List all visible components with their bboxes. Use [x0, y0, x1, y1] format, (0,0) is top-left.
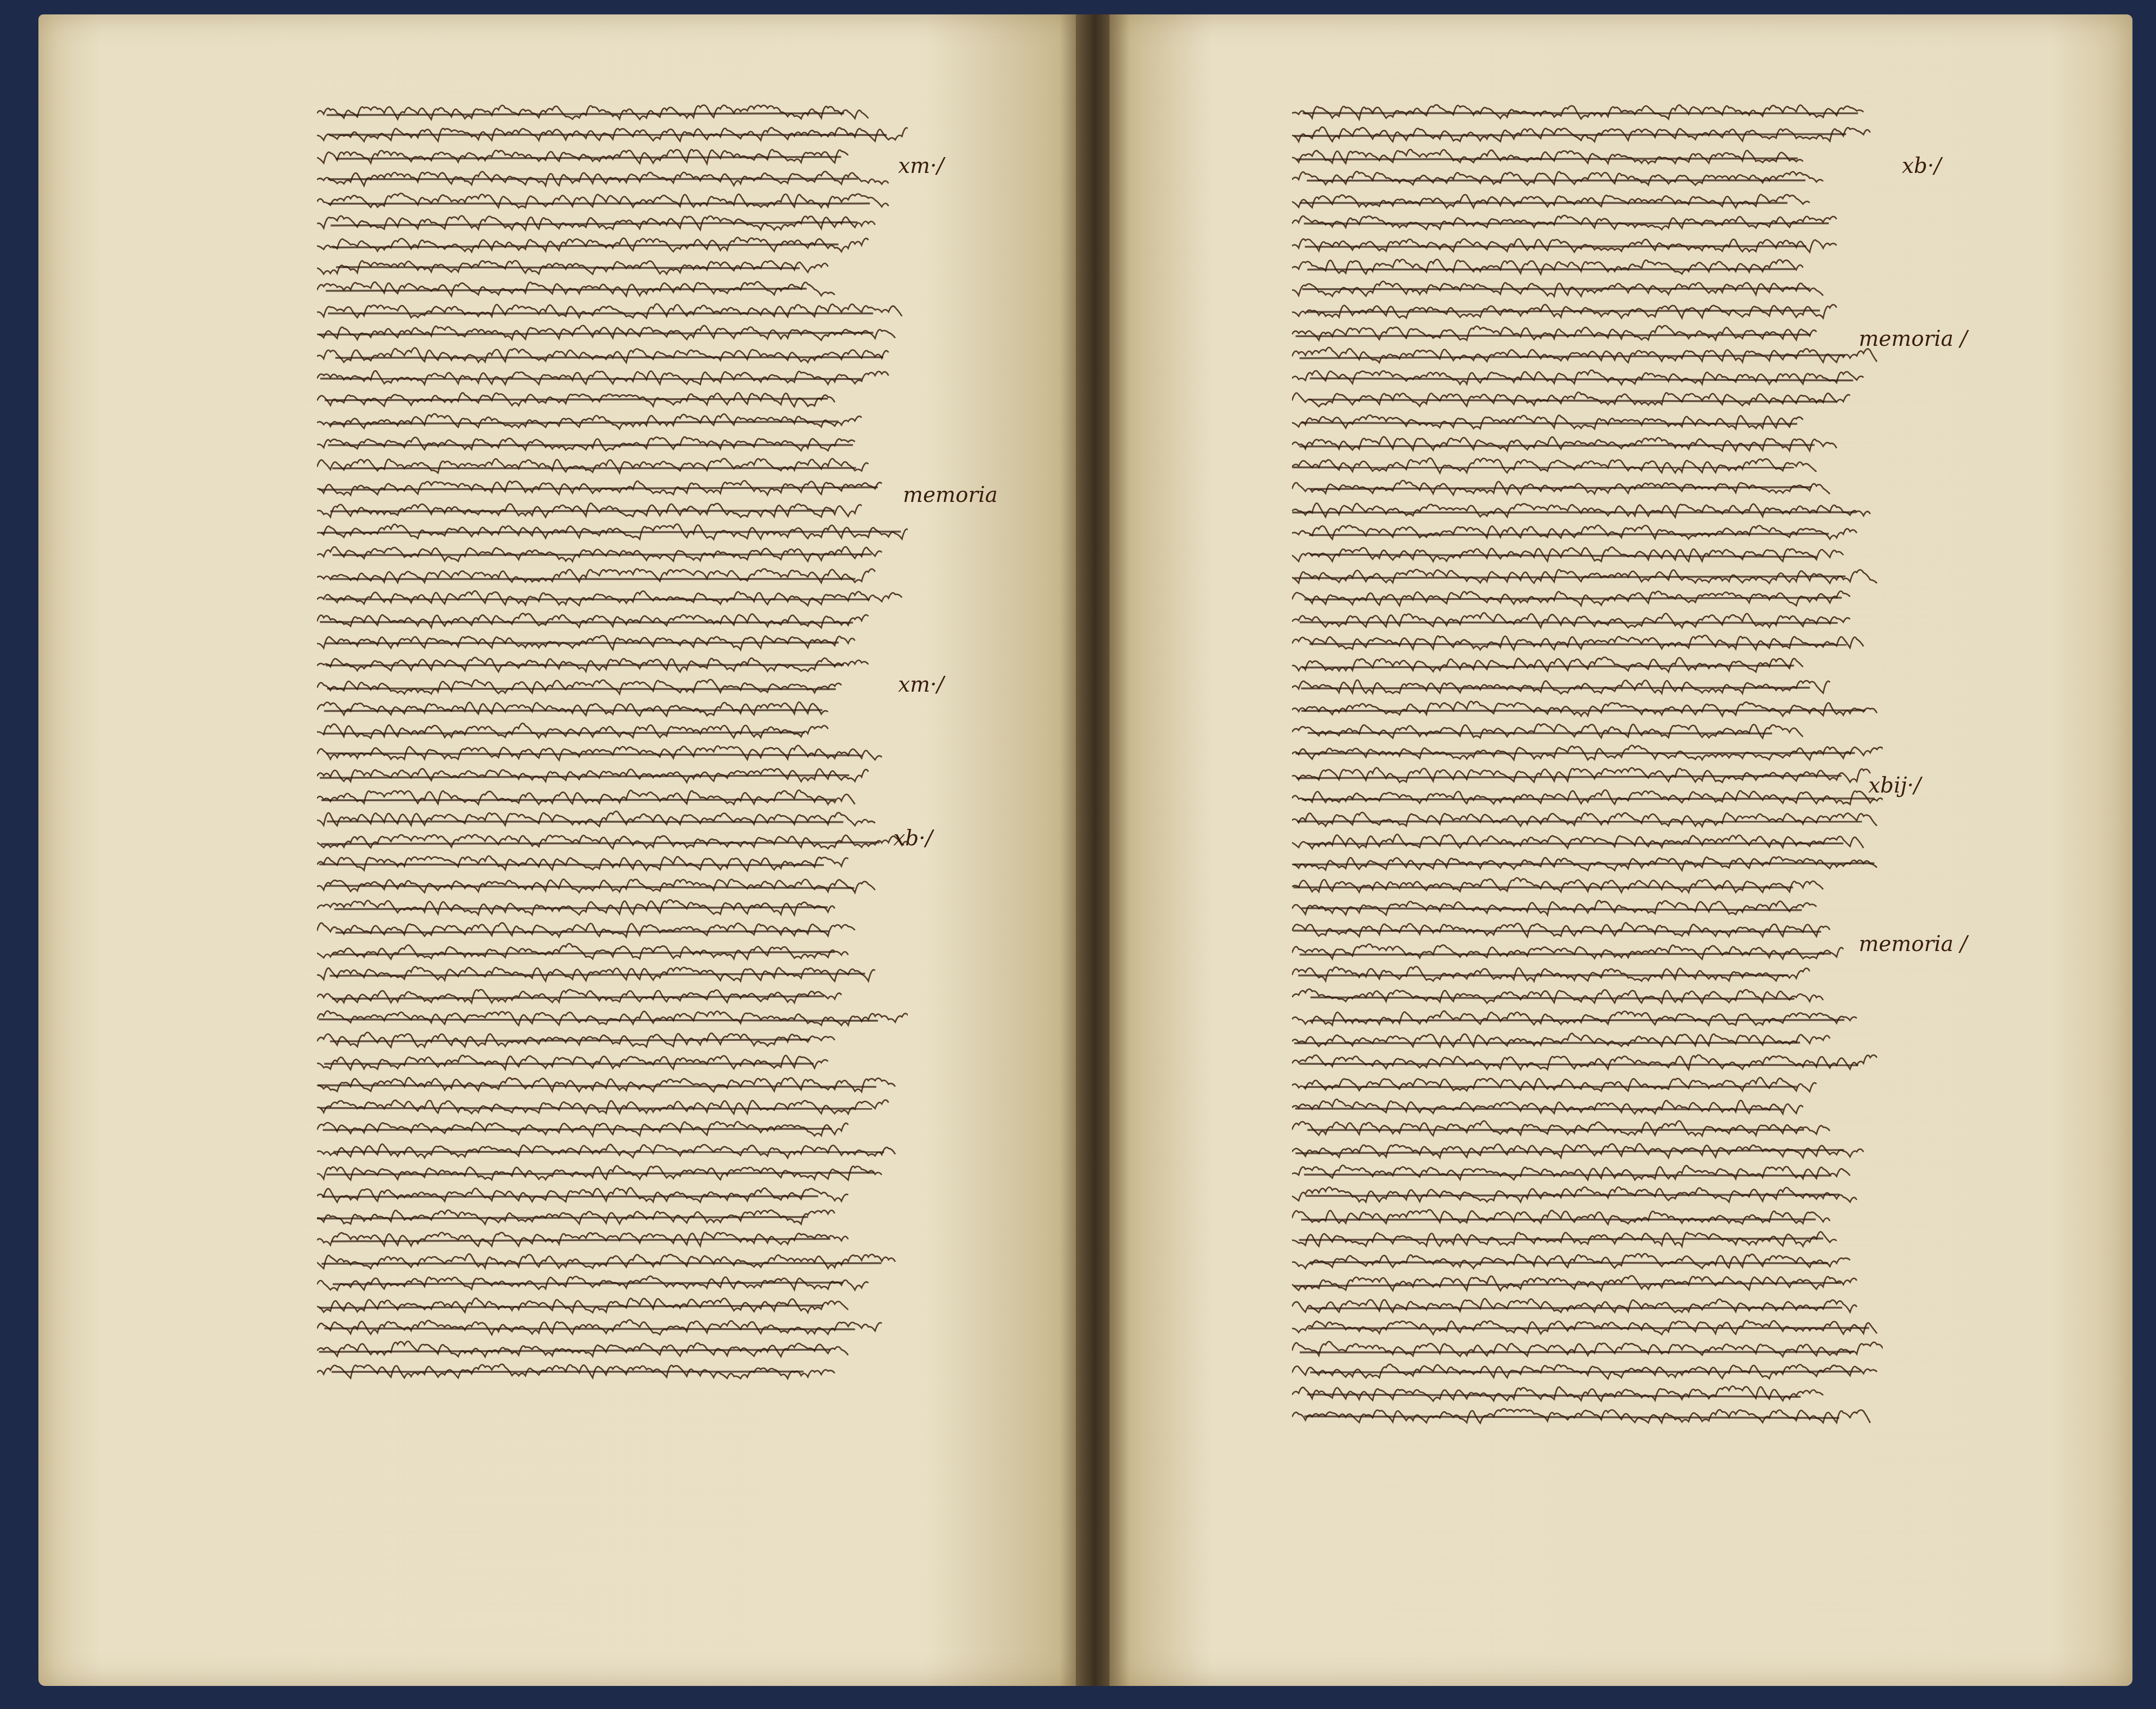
handwritten-line — [1292, 565, 1883, 587]
handwritten-line — [317, 631, 908, 653]
handwritten-line — [1292, 896, 1883, 918]
handwritten-line — [317, 521, 908, 543]
handwritten-line — [317, 1294, 908, 1316]
manuscript-spread: xm·/ memoria xm·/ xb·/ xb·/ memoria / xb… — [19, 14, 2142, 1696]
handwritten-line — [317, 1228, 908, 1250]
handwritten-line — [1292, 874, 1883, 896]
handwritten-line — [1292, 388, 1883, 410]
handwritten-line — [317, 1360, 908, 1382]
handwritten-line — [1292, 300, 1883, 322]
right-page-text — [1292, 101, 1883, 1427]
handwritten-line — [1292, 675, 1883, 697]
margin-note: memoria / — [1859, 327, 1967, 351]
handwritten-line — [1292, 233, 1883, 256]
handwritten-line — [317, 1272, 908, 1294]
handwritten-line — [317, 1250, 908, 1272]
handwritten-line — [1292, 1029, 1883, 1051]
handwritten-line — [1292, 211, 1883, 233]
handwritten-line — [1292, 940, 1883, 963]
handwritten-line — [1292, 609, 1883, 631]
handwritten-line — [317, 278, 908, 300]
handwritten-line — [317, 410, 908, 432]
handwritten-line — [317, 145, 908, 167]
handwritten-line — [317, 1161, 908, 1184]
handwritten-line — [1292, 476, 1883, 499]
handwritten-line — [1292, 189, 1883, 211]
handwritten-line — [317, 300, 908, 322]
handwritten-line — [317, 764, 908, 786]
handwritten-line — [1292, 256, 1883, 278]
handwritten-line — [317, 609, 908, 631]
handwritten-line — [1292, 278, 1883, 300]
handwritten-line — [1292, 1294, 1883, 1316]
handwritten-line — [1292, 918, 1883, 940]
handwritten-line — [1292, 432, 1883, 454]
handwritten-line — [1292, 123, 1883, 145]
handwritten-line — [317, 189, 908, 211]
handwritten-line — [1292, 454, 1883, 476]
handwritten-line — [317, 344, 908, 366]
handwritten-line — [317, 653, 908, 675]
handwritten-line — [1292, 764, 1883, 786]
handwritten-line — [317, 1029, 908, 1051]
left-page: xm·/ memoria xm·/ xb·/ — [38, 14, 1081, 1686]
handwritten-line — [317, 786, 908, 808]
handwritten-line — [317, 1184, 908, 1206]
margin-note: xb·/ — [1902, 154, 1941, 178]
handwritten-line — [317, 499, 908, 521]
handwritten-line — [317, 1139, 908, 1161]
handwritten-line — [1292, 1139, 1883, 1161]
handwritten-line — [317, 1117, 908, 1139]
margin-note: xm·/ — [898, 672, 944, 697]
handwritten-line — [317, 543, 908, 565]
handwritten-line — [317, 918, 908, 940]
handwritten-line — [1292, 167, 1883, 189]
handwritten-line — [1292, 1338, 1883, 1360]
handwritten-line — [317, 940, 908, 963]
handwritten-line — [317, 101, 908, 123]
handwritten-line — [1292, 1073, 1883, 1095]
handwritten-line — [1292, 1161, 1883, 1184]
handwritten-line — [317, 167, 908, 189]
handwritten-line — [317, 852, 908, 874]
handwritten-line — [1292, 852, 1883, 874]
handwritten-line — [1292, 521, 1883, 543]
handwritten-line — [1292, 1404, 1883, 1427]
handwritten-line — [1292, 1316, 1883, 1338]
handwritten-line — [317, 1206, 908, 1228]
handwritten-line — [317, 963, 908, 985]
handwritten-line — [317, 233, 908, 256]
handwritten-line — [317, 1095, 908, 1117]
left-page-text — [317, 101, 908, 1382]
handwritten-line — [1292, 786, 1883, 808]
handwritten-line — [317, 366, 908, 388]
handwritten-line — [1292, 985, 1883, 1007]
margin-note: xm·/ — [898, 154, 944, 178]
handwritten-line — [317, 587, 908, 609]
handwritten-line — [317, 1007, 908, 1029]
handwritten-line — [1292, 697, 1883, 720]
handwritten-line — [1292, 410, 1883, 432]
handwritten-line — [1292, 543, 1883, 565]
handwritten-line — [1292, 1360, 1883, 1382]
handwritten-line — [1292, 963, 1883, 985]
book-gutter — [1076, 14, 1114, 1686]
handwritten-line — [317, 454, 908, 476]
handwritten-line — [1292, 808, 1883, 830]
handwritten-line — [317, 742, 908, 764]
handwritten-line — [317, 985, 908, 1007]
margin-note: memoria — [903, 483, 998, 507]
handwritten-line — [1292, 1206, 1883, 1228]
handwritten-line — [317, 720, 908, 742]
handwritten-line — [1292, 1382, 1883, 1404]
handwritten-line — [317, 476, 908, 499]
handwritten-line — [317, 256, 908, 278]
handwritten-line — [1292, 1228, 1883, 1250]
handwritten-line — [1292, 653, 1883, 675]
margin-note: xb·/ — [893, 826, 933, 851]
handwritten-line — [1292, 742, 1883, 764]
handwritten-line — [317, 675, 908, 697]
right-page: xb·/ memoria / xbij·/ memoria / — [1109, 14, 2132, 1686]
handwritten-line — [1292, 499, 1883, 521]
handwritten-line — [317, 697, 908, 720]
handwritten-line — [317, 808, 908, 830]
margin-note: xbij·/ — [1868, 773, 1921, 798]
margin-note: memoria / — [1859, 932, 1967, 956]
handwritten-line — [1292, 1117, 1883, 1139]
handwritten-line — [1292, 830, 1883, 852]
handwritten-line — [317, 322, 908, 344]
handwritten-line — [1292, 587, 1883, 609]
handwritten-line — [317, 1316, 908, 1338]
handwritten-line — [1292, 1250, 1883, 1272]
handwritten-line — [1292, 1051, 1883, 1073]
handwritten-line — [317, 1051, 908, 1073]
handwritten-line — [1292, 1095, 1883, 1117]
handwritten-line — [317, 123, 908, 145]
handwritten-line — [317, 388, 908, 410]
handwritten-line — [317, 830, 908, 852]
handwritten-line — [317, 432, 908, 454]
handwritten-line — [1292, 1272, 1883, 1294]
handwritten-line — [317, 1073, 908, 1095]
handwritten-line — [317, 211, 908, 233]
handwritten-line — [317, 1338, 908, 1360]
handwritten-line — [317, 565, 908, 587]
handwritten-line — [1292, 1007, 1883, 1029]
handwritten-line — [1292, 631, 1883, 653]
handwritten-line — [317, 874, 908, 896]
handwritten-line — [1292, 1184, 1883, 1206]
handwritten-line — [1292, 344, 1883, 366]
handwritten-line — [1292, 101, 1883, 123]
handwritten-line — [1292, 322, 1883, 344]
handwritten-line — [1292, 366, 1883, 388]
handwritten-line — [1292, 145, 1883, 167]
handwritten-line — [317, 896, 908, 918]
handwritten-line — [1292, 720, 1883, 742]
